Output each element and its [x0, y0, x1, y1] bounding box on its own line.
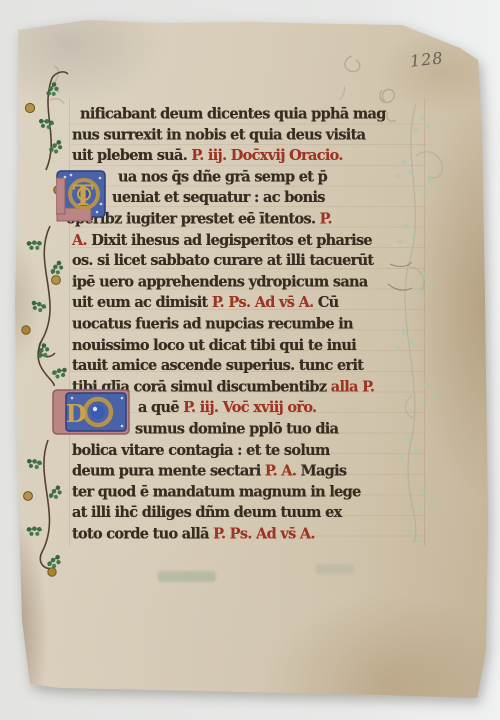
- body-text: ter quod ē mandatum magnum in lege: [72, 483, 361, 500]
- body-text: nificabant deum dicentes quia pphā mag: [80, 105, 386, 122]
- body-text: sumus domine pplō tuo dia: [135, 420, 338, 437]
- body-text: Cū: [318, 294, 339, 311]
- body-text: Magis: [301, 462, 347, 479]
- text-line: A. Dixit ihesus ad legisperitos et phari…: [72, 230, 424, 251]
- text-line: sumus domine pplō tuo dia: [135, 419, 424, 440]
- body-text: deum pura mente sectari: [72, 462, 265, 479]
- body-text: bolica vitare contagia : et te solum: [72, 441, 330, 458]
- body-text: Dixit ihesus ad legisperitos et pharise: [91, 231, 372, 248]
- text-line: uit plebem suā. P. iij. Doc̄xvij Oracio.: [72, 146, 424, 167]
- text-line: a quē P. iij. Voc̄ xviij or̄o.: [138, 398, 424, 419]
- body-text: uocatus fueris ad nupcias recumbe in: [72, 315, 353, 332]
- showthrough-mark: [316, 564, 354, 574]
- text-line: bolica vitare contagia : et te solum: [72, 440, 424, 461]
- rubric-text: P. iij.: [183, 399, 222, 416]
- rubric-text: Voc̄ xviij or̄o.: [223, 399, 317, 416]
- rubric-text: P. iij.: [191, 147, 230, 164]
- body-text: uit eum ac dimisit: [72, 294, 212, 311]
- body-text: at illi ihc̄ diliges dñm deum tuum ex: [72, 504, 342, 521]
- body-text: ua nos q̄s dñe grā semp et p̄: [118, 168, 327, 185]
- rubric-text: alla P.: [331, 378, 375, 395]
- manuscript-leaf-shadow: 128: [0, 0, 500, 720]
- rubric-text: A.: [72, 231, 91, 248]
- body-text: ipē uero apprehendens ydropicum sana: [72, 273, 368, 290]
- text-line: nus surrexit in nobis et quia deus visit…: [72, 125, 424, 146]
- text-line: nificabant deum dicentes quia pphā mag: [80, 104, 424, 125]
- initial-letter-D: D: [66, 399, 87, 428]
- text-line: deum pura mente sectari P. A. Magis: [72, 461, 424, 482]
- text-line: toto corde tuo allā P. Ps. Ad vs̄ A.: [72, 524, 424, 545]
- body-text: ueniat et sequatur : ac bonis: [112, 189, 325, 206]
- text-line: uocatus fueris ad nupcias recumbe in: [72, 314, 424, 335]
- text-line: os. si licet sabbato curare at illi tacu…: [72, 251, 424, 272]
- body-text: a quē: [138, 399, 183, 416]
- folio-number: 128: [409, 48, 444, 70]
- illuminated-initial-D: D: [52, 388, 132, 438]
- rubric-text: P. A.: [265, 462, 301, 479]
- text-line: ua nos q̄s dñe grā semp et p̄: [118, 167, 424, 188]
- text-line: nouissimo loco ut dicat tibi qui te inui: [72, 335, 424, 356]
- text-line: uit eum ac dimisit P. Ps. Ad vs̄ A. Cū: [72, 293, 424, 314]
- showthrough-mark: [158, 571, 216, 582]
- text-line: tauit amice ascende superius. tunc erit: [72, 356, 424, 377]
- text-line: operibz iugiter prestet eē ītentos. P.: [66, 209, 424, 230]
- body-text: nouissimo loco ut dicat tibi qui te inui: [72, 336, 356, 353]
- text-block: nificabant deum dicentes quia pphā magnu…: [72, 104, 424, 545]
- rubric-text: Doc̄xvij Oracio.: [231, 147, 343, 164]
- body-text: tauit amice ascende superius. tunc erit: [72, 357, 363, 374]
- illuminated-initial-T: T: [56, 168, 108, 224]
- vine-border-decoration: [12, 68, 76, 580]
- manuscript-leaf: 128: [0, 0, 500, 720]
- body-text: uit plebem suā.: [72, 147, 191, 164]
- text-line: at illi ihc̄ diliges dñm deum tuum ex: [72, 503, 424, 524]
- rubric-text: P. Ps. Ad vs̄ A.: [213, 525, 315, 542]
- body-text: toto corde tuo allā: [72, 525, 213, 542]
- body-text: os. si licet sabbato curare at illi tacu…: [72, 252, 373, 269]
- photo-backdrop: 128: [0, 0, 500, 720]
- initial-letter-T: T: [73, 179, 94, 212]
- rubric-text: P.: [320, 210, 332, 227]
- text-line: ipē uero apprehendens ydropicum sana: [72, 272, 424, 293]
- rubric-text: P. Ps. Ad vs̄ A.: [212, 294, 318, 311]
- body-text: nus surrexit in nobis et quia deus visit…: [72, 126, 365, 143]
- text-line: ueniat et sequatur : ac bonis: [112, 188, 424, 209]
- text-line: ter quod ē mandatum magnum in lege: [72, 482, 424, 503]
